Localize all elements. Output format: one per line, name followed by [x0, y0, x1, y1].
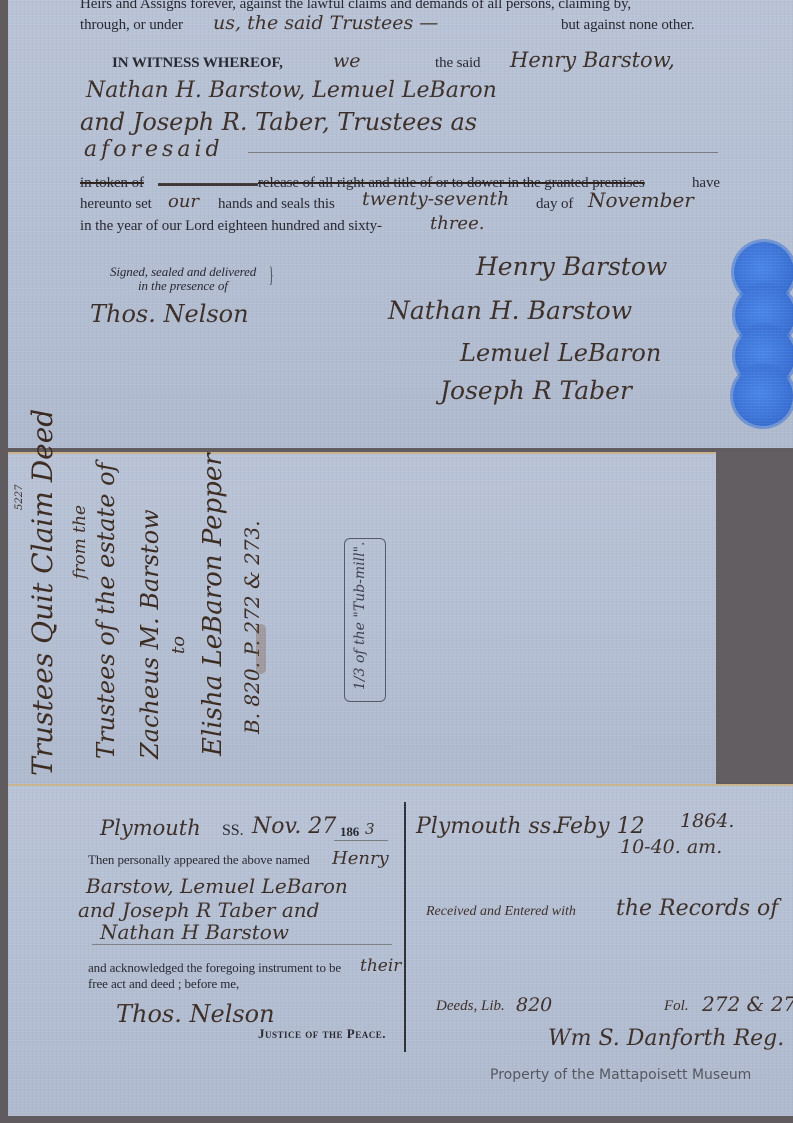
in-the-presence-of: in the presence of: [138, 278, 228, 294]
justice-title: Justice of the Peace.: [258, 1026, 386, 1042]
justice-signature: Thos. Nelson: [116, 1000, 275, 1028]
ack-county: Plymouth: [100, 816, 201, 840]
struck-in-token-of: in token of: [80, 175, 144, 192]
in-witness-whereof: IN WITNESS WHEREOF,: [112, 55, 283, 72]
panel-divider-brace: [404, 802, 406, 1052]
handwritten-we: we: [333, 50, 361, 72]
registry-fol: Fol.: [664, 998, 689, 1015]
printed-text-none-other: but against none other.: [561, 17, 695, 34]
ack-year-hand: 3: [365, 820, 375, 838]
handwritten-names-line2: Nathan H. Barstow, Lemuel LeBaron: [86, 78, 497, 103]
printed-day-of: day of: [536, 196, 573, 213]
docket-trustees-estate: Trustees of the estate of: [92, 463, 120, 759]
printed-have: have: [692, 175, 720, 192]
registry-year: 1864.: [680, 810, 734, 832]
ack-free-act: free act and deed ; before me,: [88, 976, 239, 992]
background-gap: [716, 452, 793, 782]
docket-number: 5227: [14, 485, 25, 510]
printed-hands-and-seals: hands and seals this: [218, 196, 335, 213]
ack-names-line2: Barstow, Lemuel LeBaron: [86, 874, 348, 898]
handwritten-names-line3: and Joseph R. Taber, Trustees as: [80, 108, 477, 136]
registry-time: 10-40. am.: [620, 836, 722, 858]
handwritten-our: our: [168, 191, 199, 212]
deed-top-panel: Heirs and Assigns forever, against the l…: [8, 0, 793, 448]
wax-seal-4: [733, 366, 793, 426]
signature-lemuel-lebaron: Lemuel LeBaron: [460, 339, 661, 367]
stain-mark: [256, 624, 266, 674]
printed-text-through: through, or under: [80, 17, 183, 34]
registry-received: Received and Entered with: [426, 904, 576, 920]
docket-zacheus-barstow: Zacheus M. Barstow: [136, 509, 164, 759]
ack-names-line3: and Joseph R Taber and: [78, 898, 319, 922]
ack-ss: SS.: [222, 822, 244, 840]
strike-line: [158, 183, 258, 186]
museum-watermark: Property of the Mattapoisett Museum: [490, 1067, 751, 1083]
handwritten-three: three.: [430, 213, 484, 234]
ack-acknowledged: and acknowledged the foregoing instrumen…: [88, 960, 341, 976]
registry-lib-number: 820: [516, 994, 552, 1016]
handwritten-said-trustees: us, the said Trustees —: [213, 12, 438, 34]
handwritten-day: twenty-seventh: [362, 188, 509, 210]
registry-records: the Records of: [616, 896, 778, 921]
deed-docket-panel: 5227 Trustees Quit Claim Deed from the T…: [8, 452, 716, 784]
handwritten-month: November: [588, 188, 694, 212]
ack-name-henry: Henry: [332, 848, 389, 869]
register-signature: Wm S. Danforth Reg.: [548, 1026, 784, 1051]
signature-henry-barstow: Henry Barstow: [476, 252, 667, 281]
handwritten-henry-barstow: Henry Barstow,: [510, 48, 675, 72]
docket-grantee: Elisha LeBaron Pepper: [198, 453, 228, 756]
signature-nathan-barstow: Nathan H. Barstow: [388, 296, 632, 325]
year-line: [334, 840, 388, 841]
ack-appeared: Then personally appeared the above named: [88, 852, 310, 868]
witness-signature: Thos. Nelson: [90, 300, 249, 328]
names-line: [92, 944, 392, 945]
docket-from-the: from the: [70, 505, 90, 579]
ack-names-line4: Nathan H Barstow: [100, 920, 289, 944]
registry-fol-number: 272 & 27: [702, 992, 793, 1016]
printed-hereunto-set: hereunto set: [80, 196, 152, 213]
handwritten-aforesaid: aforesaid: [84, 137, 224, 162]
printed-year-of-our-lord: in the year of our Lord eighteen hundred…: [80, 218, 382, 235]
registry-deeds-lib: Deeds, Lib.: [436, 998, 505, 1015]
docket-title: Trustees Quit Claim Deed: [26, 409, 59, 776]
brace-glyph: }: [269, 262, 273, 288]
ack-their: their: [360, 956, 401, 976]
ack-date: Nov. 27: [252, 814, 336, 839]
docket-to: to: [168, 636, 189, 654]
pencil-note-tub-mill: 1/3 of the "Tub-mill".: [352, 541, 368, 690]
ack-year-print: 186: [340, 824, 359, 840]
printed-the-said: the said: [435, 55, 480, 72]
fill-line: [248, 152, 718, 153]
registry-place: Plymouth ss.: [416, 814, 558, 839]
signature-joseph-taber: Joseph R Taber: [440, 376, 632, 405]
